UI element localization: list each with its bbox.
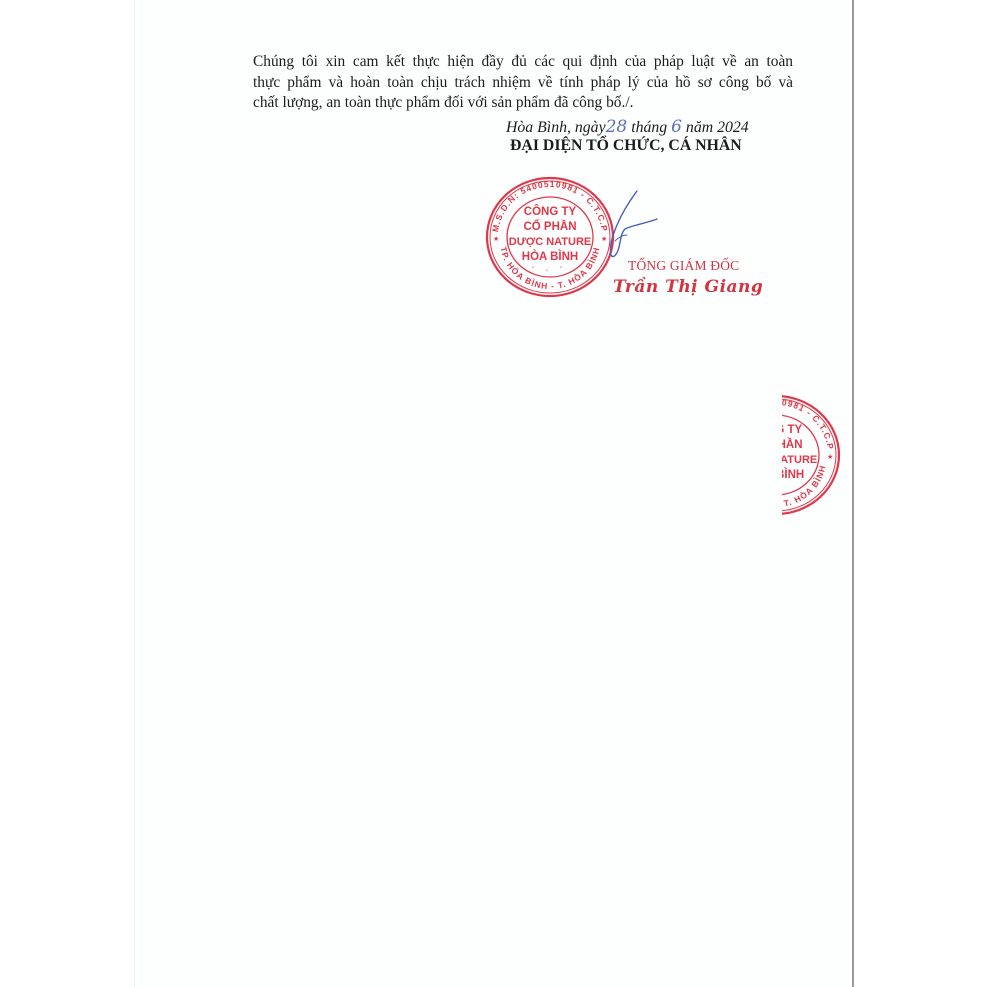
- signature-scribble-icon: [595, 185, 665, 265]
- edge-stamp-seal-icon: M.S.D.N: 5400510981 - C.T.C.P TP. HÒA BÌ…: [782, 393, 842, 517]
- place-date-line: Hòa Bình, ngày28 tháng 6 năm 2024: [506, 117, 749, 137]
- commitment-line: chất lượng, an toàn thực phẩm đối với sả…: [253, 93, 793, 114]
- commitment-paragraph: Chúng tôi xin cam kết thực hiện đầy đủ c…: [253, 52, 793, 114]
- svg-text:CỔ PHẦN: CỔ PHẦN: [523, 220, 576, 233]
- handwritten-month: 6: [671, 117, 682, 137]
- commitment-line: thực phẩm và hoàn toàn chịu trách nhiệm …: [253, 73, 793, 94]
- partial-edge-stamp: M.S.D.N: 5400510981 - C.T.C.P TP. HÒA BÌ…: [782, 393, 842, 517]
- handwritten-day: 28: [606, 117, 628, 137]
- svg-text:CỔ PHẦN: CỔ PHẦN: [782, 438, 803, 451]
- svg-text:CÔNG TY: CÔNG TY: [782, 423, 803, 436]
- svg-text:HÒA BÌNH: HÒA BÌNH: [522, 250, 578, 263]
- handwritten-signature: [595, 185, 665, 265]
- svg-text:•: •: [560, 266, 562, 271]
- svg-text:DƯỢC NATURE: DƯỢC NATURE: [509, 236, 591, 248]
- svg-text:★: ★: [493, 235, 499, 243]
- svg-text:HÒA BÌNH: HÒA BÌNH: [782, 468, 804, 481]
- place-prefix: Hòa Bình, ngày: [506, 119, 606, 136]
- svg-text:•: •: [546, 269, 548, 274]
- commitment-line: Chúng tôi xin cam kết thực hiện đầy đủ c…: [253, 52, 793, 73]
- signatory-name: Trần Thị Giang: [613, 277, 763, 297]
- signatory-position: TỔNG GIÁM ĐỐC: [628, 258, 739, 274]
- svg-text:•: •: [532, 266, 534, 271]
- year-label: năm 2024: [686, 119, 749, 136]
- month-label: tháng: [631, 119, 667, 136]
- svg-text:CÔNG TY: CÔNG TY: [524, 205, 577, 218]
- svg-text:★: ★: [827, 453, 833, 461]
- page-edge: [852, 0, 854, 987]
- representative-title: ĐẠI DIỆN TỔ CHỨC, CÁ NHÂN: [510, 137, 742, 155]
- document-page: [134, 0, 853, 987]
- svg-text:DƯỢC NATURE: DƯỢC NATURE: [782, 454, 817, 466]
